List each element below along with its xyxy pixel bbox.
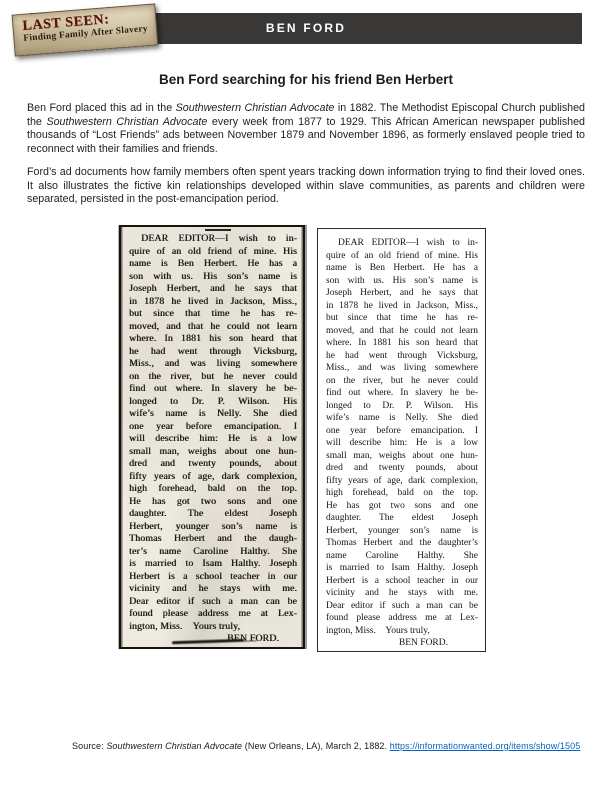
clipping-line: ington, Miss. Yours truly, — [129, 621, 297, 634]
transcription-line: small man, weighs about one hun- — [326, 450, 478, 463]
clipping-line: fifty years of age, dark complexion, — [129, 471, 297, 484]
transcription-line: Miss., and was living somewhere — [326, 362, 478, 375]
clipping-line: Joseph Herbert, and he says that — [129, 283, 297, 296]
clipping-line: son with us. His son’s name is — [129, 271, 297, 284]
clipping-line: find out where. In slavery he be- — [129, 383, 297, 396]
clipping-line: where. In 1881 his son heard that — [129, 333, 297, 346]
clipping-line: moved, and that he could not learn — [129, 321, 297, 334]
transcription-line: daughter. The eldest Joseph — [326, 512, 478, 525]
clipping-line: vicinity and he stays with me. — [129, 583, 297, 596]
transcription-line: BEN FORD. — [326, 637, 478, 650]
clipping-line: Herbert, younger son’s name is — [129, 521, 297, 534]
transcription-line: where. In 1881 his son heard that — [326, 337, 478, 350]
transcription-line: name is Ben Herbert. He has a — [326, 262, 478, 275]
intro-paragraph-2: Ford’s ad documents how family members o… — [27, 166, 585, 207]
clipping-line: on the river, but he never could — [129, 371, 297, 384]
transcription-line: high forehead, bald on the top. — [326, 487, 478, 500]
transcription-box: DEAR EDITOR—I wish to in-quire of an old… — [317, 228, 486, 652]
transcription-line: Dear editor if such a man can be — [326, 600, 478, 613]
transcription-line: son with us. His son’s name is — [326, 275, 478, 288]
transcription-line: but since that time he has re- — [326, 312, 478, 325]
clipping-line: small man, weighs about one hun- — [129, 446, 297, 459]
clipping-line: will describe him: He is a low — [129, 433, 297, 446]
clipping-line: but since that time he has re- — [129, 308, 297, 321]
transcription-line: find out where. In slavery he be- — [326, 387, 478, 400]
clipping-line: He has got two sons and one — [129, 496, 297, 509]
clipping-line: name is Ben Herbert. He has a — [129, 258, 297, 271]
document-page: BEN FORD LAST SEEN: Finding Family After… — [0, 0, 612, 792]
intro-paragraph-1: Ben Ford placed this ad in the Southwest… — [27, 102, 585, 157]
transcription-line: is married to Isam Halthy. Joseph — [326, 562, 478, 575]
transcription-line: Herbert is a school teacher in our — [326, 575, 478, 588]
source-link[interactable]: https://informationwanted.org/items/show… — [390, 741, 581, 751]
clipping-line: Dear editor if such a man can be — [129, 596, 297, 609]
transcription-line: He has got two sons and one — [326, 500, 478, 513]
clipping-line: longed to Dr. P. Wilson. His — [129, 396, 297, 409]
transcription-line: on the river, but he never could — [326, 375, 478, 388]
source-text: Source: Southwestern Christian Advocate … — [72, 741, 390, 751]
transcription-line: he had went through Vicksburg, — [326, 350, 478, 363]
transcription-line: will describe him: He is a low — [326, 437, 478, 450]
transcription-line: found please address me at Lex- — [326, 612, 478, 625]
transcription-line: dred and twenty pounds, about — [326, 462, 478, 475]
transcription-line: vicinity and he stays with me. — [326, 587, 478, 600]
transcription-line: Thomas Herbert and the daughter’s — [326, 537, 478, 550]
transcription-line: quire of an old friend of mine. His — [326, 250, 478, 263]
transcription-line: name Caroline Halthy. She — [326, 550, 478, 563]
transcription-line: Herbert, younger son’s name is — [326, 525, 478, 538]
clipping-line: DEAR EDITOR—I wish to in- — [129, 233, 297, 246]
clipping-line: in 1878 he lived in Jackson, Miss., — [129, 296, 297, 309]
clipping-line: ter’s name Caroline Halthy. She — [129, 546, 297, 559]
clipping-line: he had went through Vicksburg, — [129, 346, 297, 359]
transcription-line: one year before emancipation. I — [326, 425, 478, 438]
transcription-line: wife’s name is Nelly. She died — [326, 412, 478, 425]
clipping-line: dred and twenty pounds, about — [129, 458, 297, 471]
clipping-line: high forehead, bald on the top. — [129, 483, 297, 496]
transcription-line: DEAR EDITOR—I wish to in- — [326, 237, 478, 250]
clipping-line: quire of an old friend of mine. His — [129, 246, 297, 259]
clipping-line: Miss., and was living somewhere — [129, 358, 297, 371]
clipping-line: is married to Isam Halthy. Joseph — [129, 558, 297, 571]
transcription-line: fifty years of age, dark complexion, — [326, 475, 478, 488]
transcription-line: longed to Dr. P. Wilson. His — [326, 400, 478, 413]
newspaper-clipping-scan: DEAR EDITOR—I wish to in-quire of an old… — [119, 225, 305, 649]
clipping-line: Thomas Herbert and the daugh- — [129, 533, 297, 546]
last-seen-logo: LAST SEEN: Finding Family After Slavery — [12, 3, 159, 56]
transcription-line: Joseph Herbert, and he says that — [326, 287, 478, 300]
clipping-line: wife’s name is Nelly. She died — [129, 408, 297, 421]
transcription-line: ington, Miss. Yours truly, — [326, 625, 478, 638]
page-title: Ben Ford searching for his friend Ben He… — [0, 72, 612, 87]
clipping-line: one year before emancipation. I — [129, 421, 297, 434]
transcription-line: moved, and that he could not learn — [326, 325, 478, 338]
clipping-line: daughter. The eldest Joseph — [129, 508, 297, 521]
source-citation: Source: Southwestern Christian Advocate … — [72, 741, 580, 751]
clipping-line: found please address me at Lex- — [129, 608, 297, 621]
clipping-line: Herbert is a school teacher in our — [129, 571, 297, 584]
transcription-line: in 1878 he lived in Jackson, Miss., — [326, 300, 478, 313]
